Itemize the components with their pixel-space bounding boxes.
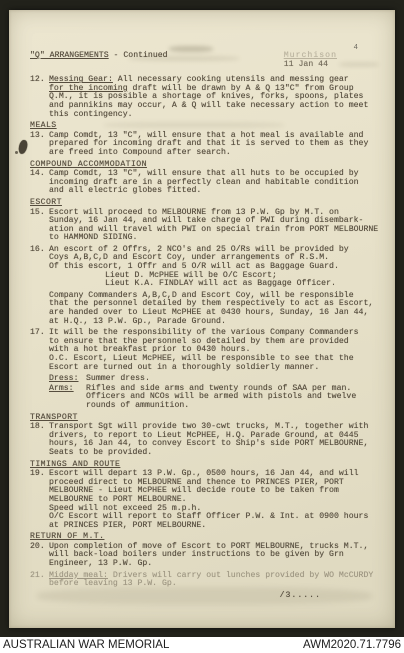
paragraph-text: Messing Gear: All necessary cooking uten… [49, 76, 387, 119]
value-line: Summer dress. [86, 375, 150, 384]
paragraph-text: Upon completion of move of Escort to POR… [49, 543, 387, 569]
section-heading: ESCORT [30, 199, 387, 208]
paragraph-number: 17. [30, 329, 49, 372]
indent-spacer [30, 375, 49, 384]
paragraph-line: before leaving 13 P.W. Gp. [49, 580, 387, 589]
paragraph-line: are freed into Compound after search. [49, 149, 387, 158]
paragraph-number: 14. [30, 170, 49, 196]
paragraph-number: 16. [30, 246, 49, 289]
key-value-text: Dress:Summer dress. [49, 375, 387, 384]
paragraph-text: Company Commanders A,B,C,D and Escort Co… [49, 292, 387, 326]
paragraph: 19.Escort will depart 13 P.W. Gp., 0500 … [30, 470, 387, 530]
paragraph-number: 20. [30, 543, 49, 569]
paragraph-number: 18. [30, 423, 49, 457]
paragraph: Company Commanders A,B,C,D and Escort Co… [30, 292, 387, 326]
key-value: Arms:Rifles and side arms and twenty rou… [49, 385, 387, 411]
section-heading: TRANSPORT [30, 414, 387, 423]
paragraph-text: Camp Comdt, 13 "C", will ensure that a h… [49, 132, 387, 158]
paragraph-text: Escort will proceed to MELBOURNE from 13… [49, 209, 387, 243]
paragraph-number: 12. [30, 76, 49, 119]
key-value-row: Dress:Summer dress. [30, 375, 387, 384]
continuation-mark: /3..... [30, 592, 321, 601]
paragraph-line: at PRINCES PIER, PORT MELBOURNE. [49, 522, 387, 531]
paragraph-text: Midday meal: Drivers will carry out lunc… [49, 572, 387, 589]
key-label: Dress: [49, 375, 86, 384]
sub-line: Lieut K.A. FINDLAY will act as Baggage O… [105, 280, 387, 289]
value-lines: Rifles and side arms and twenty rounds o… [86, 385, 356, 411]
section-heading: RETURN OF M.T. [30, 533, 387, 542]
paragraph: 16.An escort of 2 Offrs, 2 NCO's and 25 … [30, 246, 387, 289]
paragraph-line: Escort are turned out in a thoroughly so… [49, 364, 387, 373]
paragraph-line: this contingency. [49, 111, 387, 120]
paragraph: 14.Camp Comdt, 13 "C", will ensure that … [30, 170, 387, 196]
paragraph-line: to HAMMOND SIDING. [49, 234, 387, 243]
document-header: "Q" ARRANGEMENTS - Continued Murchison 1… [30, 52, 387, 69]
key-value-row: Arms:Rifles and side arms and twenty rou… [30, 385, 387, 411]
section-heading: TIMINGS AND ROUTE [30, 461, 387, 470]
accession-number: AWM2020.71.7796 [303, 639, 401, 651]
paragraph-text: An escort of 2 Offrs, 2 NCO's and 25 O/R… [49, 246, 387, 289]
paragraph-text: Camp Comdt, 13 "C", will ensure that all… [49, 170, 387, 196]
paragraph: 13.Camp Comdt, 13 "C", will ensure that … [30, 132, 387, 158]
section-heading-text: ESCORT [30, 198, 62, 207]
institution-name: AUSTRALIAN WAR MEMORIAL [3, 639, 169, 651]
paragraph: 21.Midday meal: Drivers will carry out l… [30, 572, 387, 589]
paragraph: 12.Messing Gear: All necessary cooking u… [30, 76, 387, 119]
section-heading-text: TIMINGS AND ROUTE [30, 460, 120, 469]
paragraph-number: 19. [30, 470, 49, 530]
key-value-text: Arms:Rifles and side arms and twenty rou… [49, 385, 387, 411]
paragraph: 20.Upon completion of move of Escort to … [30, 543, 387, 569]
key-label-text: Arms: [49, 384, 74, 393]
paragraph: 18.Transport Sgt will provide two 30-cwt… [30, 423, 387, 457]
paragraph-number: 21. [30, 572, 49, 589]
paragraph-line: Engineer, 13 P.W. Gp. [49, 560, 387, 569]
document-page: 4 "Q" ARRANGEMENTS - Continued Murchison… [9, 10, 395, 628]
collection-caption-bar: AUSTRALIAN WAR MEMORIAL AWM2020.71.7796 [0, 637, 404, 653]
paragraph: 17.It will be the responsibility of the … [30, 329, 387, 372]
paragraph: 15.Escort will proceed to MELBOURNE from… [30, 209, 387, 243]
section-heading-text: TRANSPORT [30, 413, 78, 422]
paragraph-text: It will be the responsibility of the var… [49, 329, 387, 372]
document-content: "Q" ARRANGEMENTS - Continued Murchison 1… [9, 10, 395, 628]
document-title: "Q" ARRANGEMENTS - Continued [30, 52, 168, 61]
date-block: Murchison 11 Jan 44 [284, 52, 337, 69]
section-heading-text: MEALS [30, 121, 57, 130]
indent-spacer [30, 385, 49, 411]
paragraph-line: at H.Q., 13 P.W. Gp., Parade Ground. [49, 318, 387, 327]
paragraph-text: Transport Sgt will provide two 30-cwt tr… [49, 423, 387, 457]
value-line: rounds of ammunition. [86, 402, 356, 411]
section-heading-text: COMPOUND ACCOMMODATION [30, 160, 147, 169]
section-heading: COMPOUND ACCOMMODATION [30, 161, 387, 170]
paragraph-text: Escort will depart 13 P.W. Gp., 0500 hou… [49, 470, 387, 530]
paragraph-number [30, 292, 49, 326]
paragraph-number: 13. [30, 132, 49, 158]
value-lines: Summer dress. [86, 375, 150, 384]
key-label: Arms: [49, 385, 86, 411]
section-heading: MEALS [30, 122, 387, 131]
document-body: 12.Messing Gear: All necessary cooking u… [30, 76, 387, 589]
scan-background: 4 "Q" ARRANGEMENTS - Continued Murchison… [0, 0, 404, 653]
key-label-text: Dress: [49, 374, 78, 383]
document-date: 11 Jan 44 [284, 61, 337, 70]
key-value: Dress:Summer dress. [49, 375, 387, 384]
section-heading-text: RETURN OF M.T. [30, 532, 104, 541]
paragraph-line: and all electric globes fitted. [49, 187, 387, 196]
paragraph-number: 15. [30, 209, 49, 243]
paragraph-line: Seats to be provided. [49, 449, 387, 458]
